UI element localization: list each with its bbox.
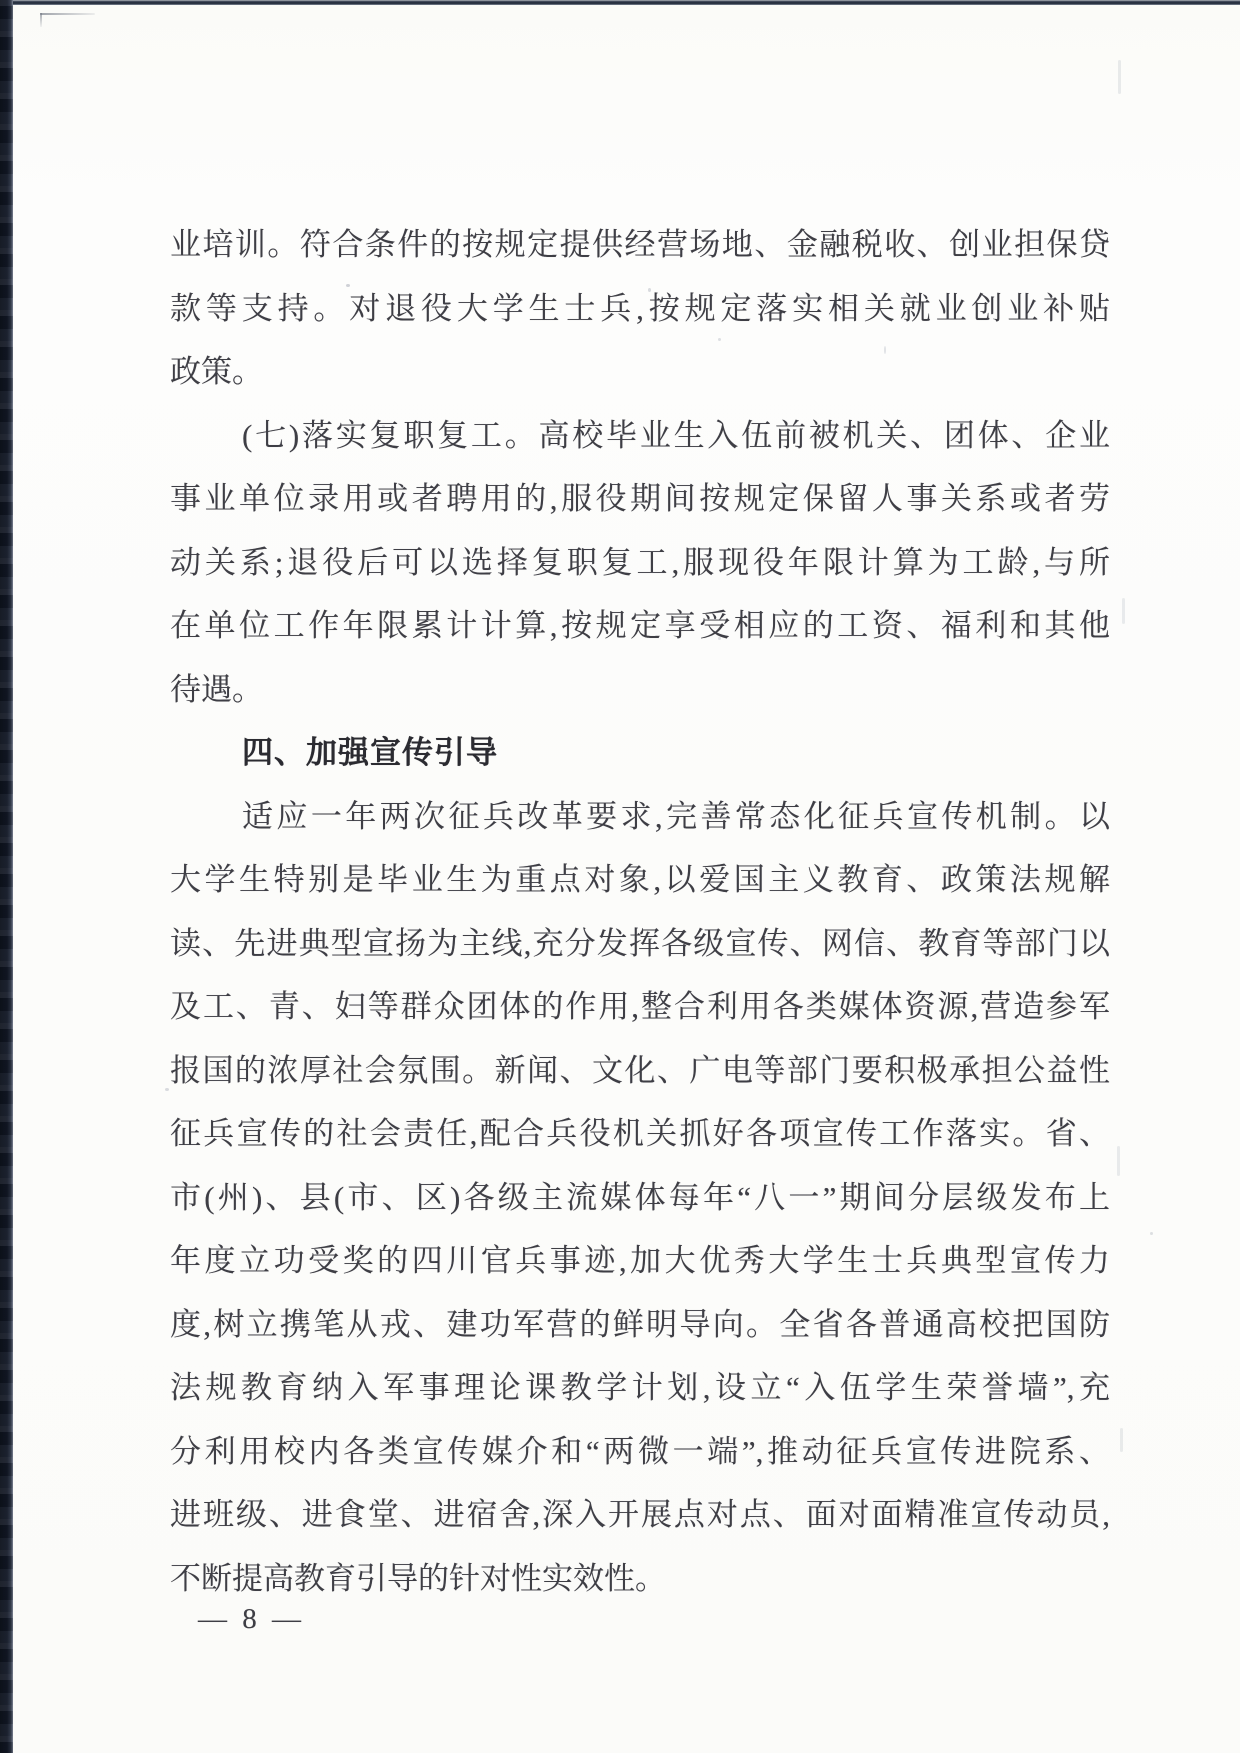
text-line: 在单位工作年限累计计算,按规定享受相应的工资、福利和其他 [170,594,1110,658]
page-number: — 8 — [198,1601,305,1637]
scan-streak [1118,60,1121,94]
text-line: 业培训。符合条件的按规定提供经营场地、金融税收、创业担保贷 [170,213,1110,277]
text-line: 不断提高教育引导的针对性实效性。 [170,1547,1110,1611]
text-line: 适应一年两次征兵改革要求,完善常态化征兵宣传机制。以 [170,785,1110,849]
text-line: (七)落实复职复工。高校毕业生入伍前被机关、团体、企业 [170,404,1110,468]
text-line: 政策。 [170,340,1110,404]
scan-streak [1117,1146,1120,1176]
scan-corner-mark [40,13,95,15]
text-line: 大学生特别是毕业生为重点对象,以爱国主义教育、政策法规解 [170,848,1110,912]
text-line: 度,树立携笔从戎、建功军营的鲜明导向。全省各普通高校把国防 [170,1293,1110,1357]
text-line: 年度立功受奖的四川官兵事迹,加大优秀大学生士兵典型宣传力 [170,1229,1110,1293]
scan-streak [1120,1428,1123,1452]
scan-left-edge-strip [0,0,13,1753]
scan-speck [165,1088,169,1091]
scan-speck [1150,1232,1153,1235]
text-column: 业培训。符合条件的按规定提供经营场地、金融税收、创业担保贷款等支持。对退役大学生… [170,213,1110,1610]
scanned-document-page: 业培训。符合条件的按规定提供经营场地、金融税收、创业担保贷款等支持。对退役大学生… [0,0,1240,1753]
scan-corner-mark [40,13,42,27]
text-line: 及工、青、妇等群众团体的作用,整合利用各类媒体资源,营造参军 [170,975,1110,1039]
text-line: 待遇。 [170,658,1110,722]
text-line: 报国的浓厚社会氛围。新闻、文化、广电等部门要积极承担公益性 [170,1039,1110,1103]
section-heading: 四、加强宣传引导 [170,721,1110,785]
text-line: 动关系;退役后可以选择复职复工,服现役年限计算为工龄,与所 [170,531,1110,595]
text-line: 事业单位录用或者聘用的,服役期间按规定保留人事关系或者劳 [170,467,1110,531]
text-line: 读、先进典型宣扬为主线,充分发挥各级宣传、网信、教育等部门以 [170,912,1110,976]
text-line: 市(州)、县(市、区)各级主流媒体每年“八一”期间分层级发布上 [170,1166,1110,1230]
scan-top-edge-line [6,0,1240,5]
text-line: 征兵宣传的社会责任,配合兵役机关抓好各项宣传工作落实。省、 [170,1102,1110,1166]
text-line: 进班级、进食堂、进宿舍,深入开展点对点、面对面精准宣传动员, [170,1483,1110,1547]
scan-streak [1122,598,1125,624]
text-line: 法规教育纳入军事理论课教学计划,设立“入伍学生荣誉墙”,充 [170,1356,1110,1420]
text-line: 分利用校内各类宣传媒介和“两微一端”,推动征兵宣传进院系、 [170,1420,1110,1484]
text-line: 款等支持。对退役大学生士兵,按规定落实相关就业创业补贴 [170,277,1110,341]
